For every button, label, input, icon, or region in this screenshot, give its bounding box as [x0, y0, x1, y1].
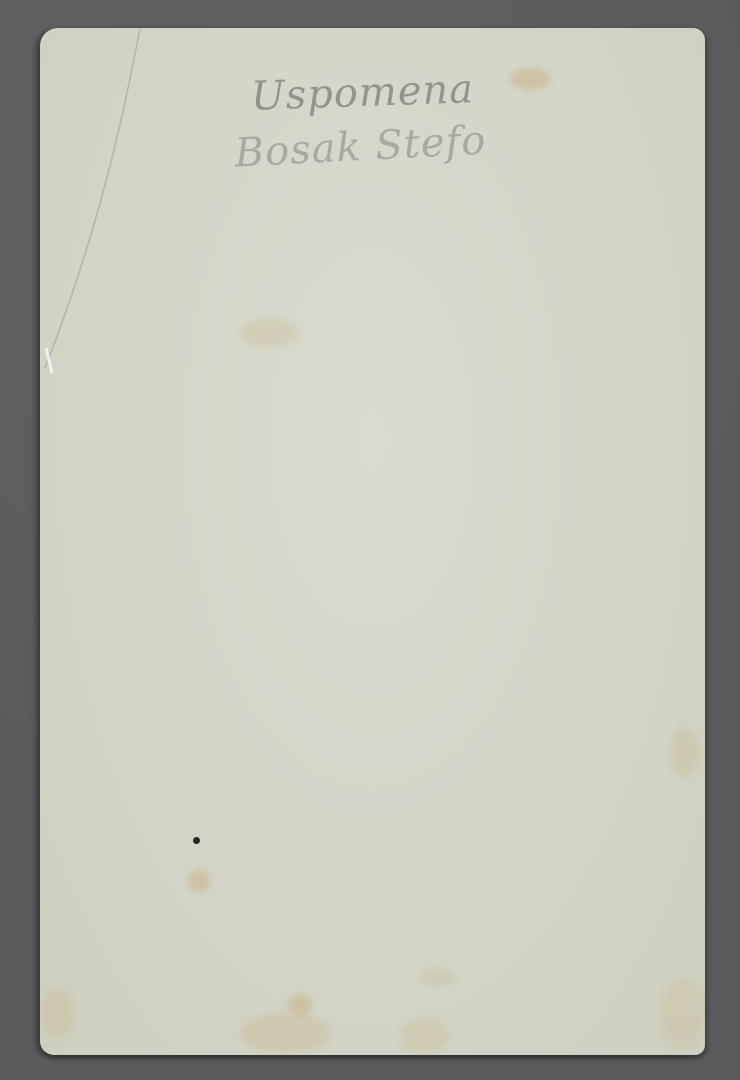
stain	[400, 1018, 450, 1053]
stain	[240, 318, 300, 348]
pin-hole	[193, 837, 200, 844]
stain	[670, 728, 700, 778]
stain	[510, 68, 550, 90]
stain	[40, 988, 75, 1038]
stain	[420, 968, 455, 986]
stain	[240, 1013, 330, 1053]
stain	[660, 978, 705, 1048]
stain	[188, 870, 210, 892]
card-back: Uspomena Bosak Stefo	[40, 28, 705, 1055]
